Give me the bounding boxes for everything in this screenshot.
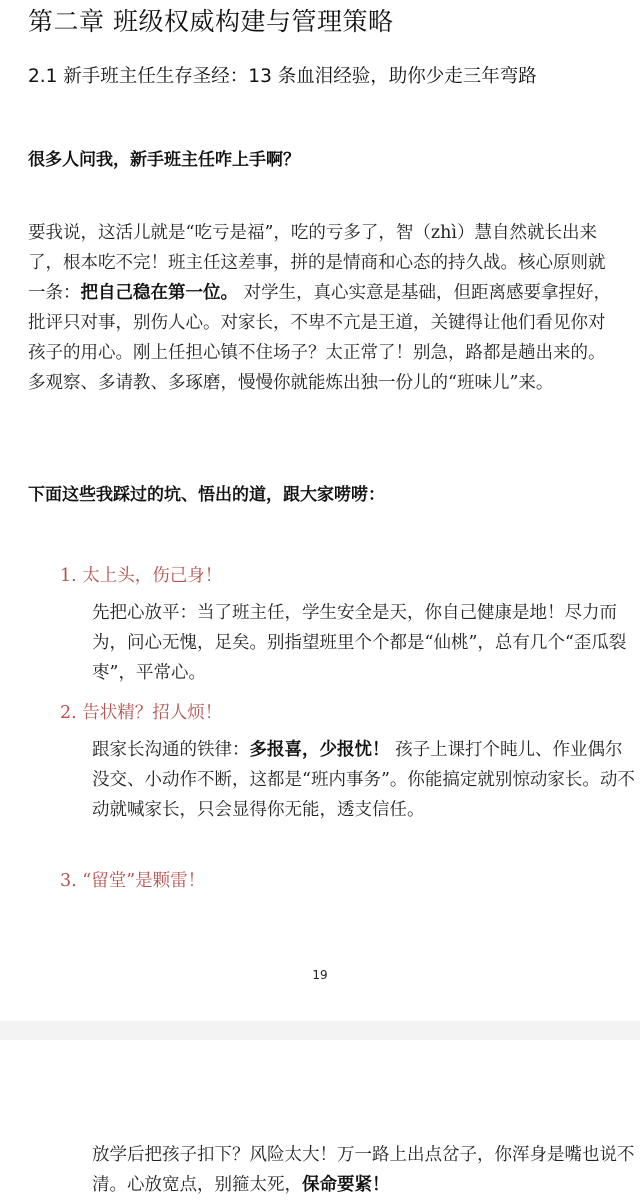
page-separator xyxy=(0,1021,640,1040)
item-2-emphasis: 多报喜，少报忧！ xyxy=(250,740,390,760)
item-1-text: 先把心放平：当了班主任，学生安全是天，你自己健康是地！尽力而为，问心无愧，足矣。… xyxy=(92,603,626,683)
document-page-20: 放学后把孩子扣下？风险太大！万一路上出点岔子，你浑身是嘴也说不清。心放宽点，别箍… xyxy=(0,1040,640,1202)
item-3-body: 放学后把孩子扣下？风险太大！万一路上出点岔子，你浑身是嘴也说不清。心放宽点，别箍… xyxy=(92,1140,637,1200)
page-number: 19 xyxy=(0,968,640,982)
intro-emphasis: 把自己稳在第一位。 xyxy=(81,283,239,303)
item-1-body: 先把心放平：当了班主任，学生安全是天，你自己健康是地！尽力而为，问心无愧，足矣。… xyxy=(92,598,637,688)
chapter-title: 第二章 班级权威构建与管理策略 xyxy=(28,2,393,38)
item-2-body: 跟家长沟通的铁律：多报喜，少报忧！ 孩子上课打个盹儿、作业偶尔没交、小动作不断，… xyxy=(92,735,637,825)
lead-heading: 下面这些我踩过的坑、悟出的道，跟大家唠唠： xyxy=(28,480,385,505)
item-2-text-1: 跟家长沟通的铁律： xyxy=(92,740,250,760)
document-page-19: 第二章 班级权威构建与管理策略 2.1 新手班主任生存圣经：13 条血泪经验，助… xyxy=(0,0,640,1021)
section-title: 2.1 新手班主任生存圣经：13 条血泪经验，助你少走三年弯路 xyxy=(28,62,537,88)
intro-paragraph: 要我说，这活儿就是“吃亏是福”，吃的亏多了，智（zhì）慧自然就长出来了，根本吃… xyxy=(28,218,613,398)
item-2-heading: 2. 告状精？招人烦！ xyxy=(60,699,222,724)
question-heading: 很多人问我，新手班主任咋上手啊？ xyxy=(28,145,300,170)
item-3-heading: 3. “留堂”是颗雷！ xyxy=(60,867,205,892)
item-3-emphasis: 保命要紧！ xyxy=(302,1175,390,1195)
item-1-heading: 1. 太上头，伤己身！ xyxy=(60,562,222,587)
